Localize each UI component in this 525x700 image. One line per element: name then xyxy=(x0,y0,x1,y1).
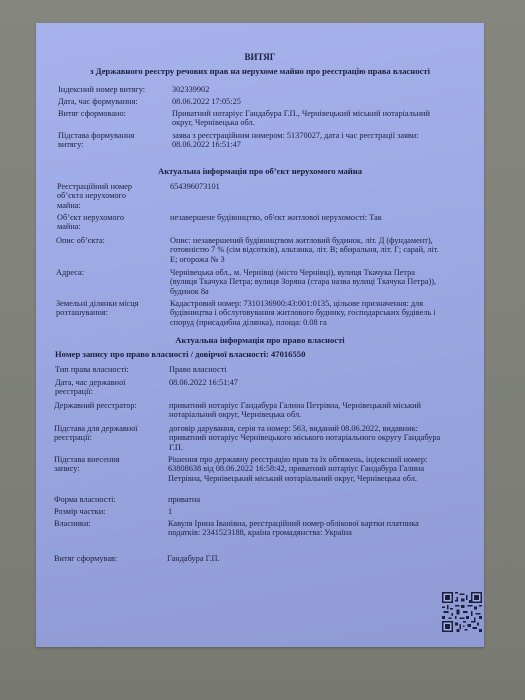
field-label: Дата, час формування: xyxy=(58,97,173,106)
document-subtitle: з Державного реєстру речових прав на нер… xyxy=(36,67,484,76)
document-paper: ВИТЯГ з Державного реєстру речових прав … xyxy=(36,23,484,647)
field-label: Дата, час державної реєстрації: xyxy=(55,378,140,397)
field-value: 1 xyxy=(168,507,438,516)
field-label: Тип права власності: xyxy=(55,365,170,374)
field-label: Реєстраційний номер об’єкта нерухомого м… xyxy=(57,182,142,210)
qr-code-icon xyxy=(442,592,482,632)
field-value: Кавуля Ірина Іванівна, реєстраційний ном… xyxy=(168,519,440,538)
field-value: незавершене будівництво, об'єкт житлової… xyxy=(170,213,440,222)
field-label: Власники: xyxy=(54,519,169,528)
field-label: Підстава для державної реєстрації: xyxy=(54,424,149,443)
field-label: Індексний номер витягу: xyxy=(58,85,173,94)
field-label: Форма власності: xyxy=(54,495,169,504)
footer-value: Гандабура Г.П. xyxy=(167,554,437,563)
section-title-rights: Актуальна інформація про право власності xyxy=(36,336,484,345)
field-value: 08.06.2022 17:05:25 xyxy=(172,97,442,106)
field-label: Підстава внесення запису: xyxy=(54,455,134,474)
field-label: Опис об’єкта: xyxy=(56,236,171,245)
field-label: Підстава формування витягу: xyxy=(58,131,148,150)
field-label: Адреса: xyxy=(56,268,171,277)
field-value: Право власності xyxy=(169,365,439,374)
field-label: Державний реєстратор: xyxy=(54,401,169,410)
record-number-title: Номер запису про право власності / довір… xyxy=(55,350,305,359)
field-label: Розмір частки: xyxy=(54,507,169,516)
field-value: приватна xyxy=(168,495,438,504)
footer-label: Витяг сформував: xyxy=(54,554,169,563)
field-value: 302339902 xyxy=(172,85,442,94)
field-label: Витяг сформовано: xyxy=(58,109,173,118)
field-value: Приватний нотаріус Гандабура Г.П., Черні… xyxy=(172,109,442,128)
field-value: приватний нотаріус Гандабура Галина Петр… xyxy=(169,401,434,420)
field-value: Опис: незавершений будівництвом житловий… xyxy=(170,236,442,264)
section-title-object: Актуальна інформація про об’єкт нерухомо… xyxy=(36,167,484,176)
field-label: Земельні ділянки місця розташування: xyxy=(56,299,148,318)
field-value: Рішення про державну реєстрацію прав та … xyxy=(168,455,440,483)
document-title: ВИТЯГ xyxy=(36,53,484,62)
field-value: Чернівецька обл., м. Чернівці (місто Чер… xyxy=(170,268,442,296)
field-value: заява з реєстраційним номером: 51370027,… xyxy=(172,131,452,150)
field-value: Кадастровий номер: 7310136900:43:001:013… xyxy=(170,299,442,327)
field-value: 654396073101 xyxy=(170,182,440,191)
field-label: Об’єкт нерухомого майна: xyxy=(57,213,137,232)
field-value: 08.06.2022 16:51:47 xyxy=(169,378,439,387)
field-value: договір дарування, серія та номер: 563, … xyxy=(169,424,441,452)
